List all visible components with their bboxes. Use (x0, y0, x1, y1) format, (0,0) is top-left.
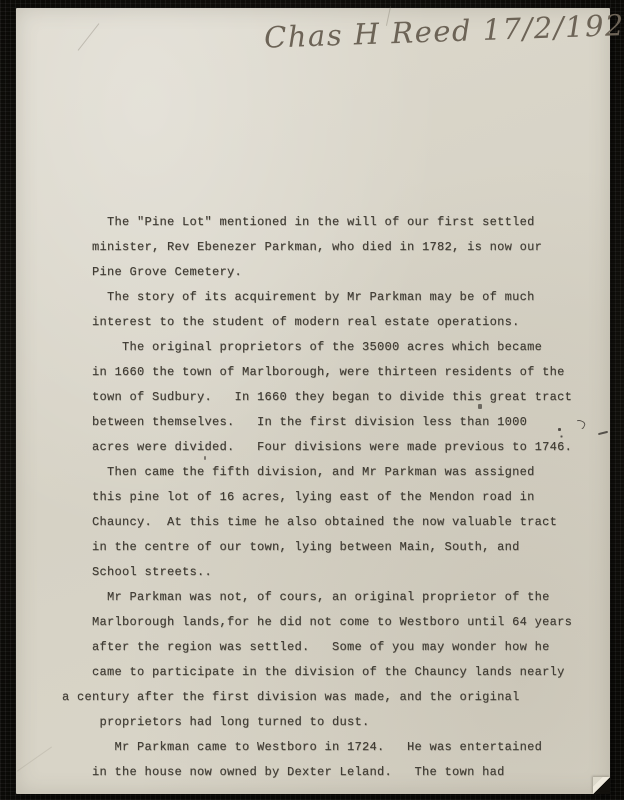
typed-line: Pine Grove Cemetery. (62, 260, 604, 285)
paper-crease (17, 747, 52, 772)
typed-line: Mr Parkman was not, of cours, an origina… (62, 585, 604, 610)
typed-line: minister, Rev Ebenezer Parkman, who died… (62, 235, 604, 260)
typed-line: a century after the first division was m… (62, 685, 604, 710)
typed-line: The story of its acquirement by Mr Parkm… (62, 285, 604, 310)
typed-line: Then came the fifth division, and Mr Par… (62, 460, 604, 485)
typed-line: town of Sudbury. In 1660 they began to d… (62, 385, 604, 410)
scanned-photo-background: { "page": { "background_color": "#12100c… (0, 0, 624, 800)
typed-line: after the region was settled. Some of yo… (62, 635, 604, 660)
paper-crease (78, 23, 100, 50)
ink-mark (204, 456, 206, 460)
typed-line: in the house now owned by Dexter Leland.… (62, 760, 604, 785)
typed-line: in 1660 the town of Marlborough, were th… (62, 360, 604, 385)
typed-line: between themselves. In the first divisio… (62, 410, 604, 435)
typed-line: Marlborough lands,for he did not come to… (62, 610, 604, 635)
typed-line: School streets.. (62, 560, 604, 585)
typed-line: The original proprietors of the 35000 ac… (62, 335, 604, 360)
ink-mark (558, 428, 561, 431)
typed-line: Mr Parkman came to Westboro in 1724. He … (62, 735, 604, 760)
typed-line: Chauncy. At this time he also obtained t… (62, 510, 604, 535)
typed-line: came to participate in the division of t… (62, 660, 604, 685)
typed-line: acres were divided. Four divisions were … (62, 435, 604, 460)
typed-line: proprietors had long turned to dust. (62, 710, 604, 735)
folded-corner (593, 777, 610, 794)
typed-text-block: The "Pine Lot" mentioned in the will of … (62, 210, 604, 785)
document-page: Chas H Reed 17/2/1925 The "Pine Lot" men… (16, 8, 610, 794)
typed-line: interest to the student of modern real e… (62, 310, 604, 335)
handwritten-annotation: Chas H Reed 17/2/1925 (264, 7, 624, 54)
typed-line: The "Pine Lot" mentioned in the will of … (62, 210, 604, 235)
typed-line: this pine lot of 16 acres, lying east of… (62, 485, 604, 510)
ink-mark (478, 404, 482, 409)
typed-line: in the centre of our town, lying between… (62, 535, 604, 560)
